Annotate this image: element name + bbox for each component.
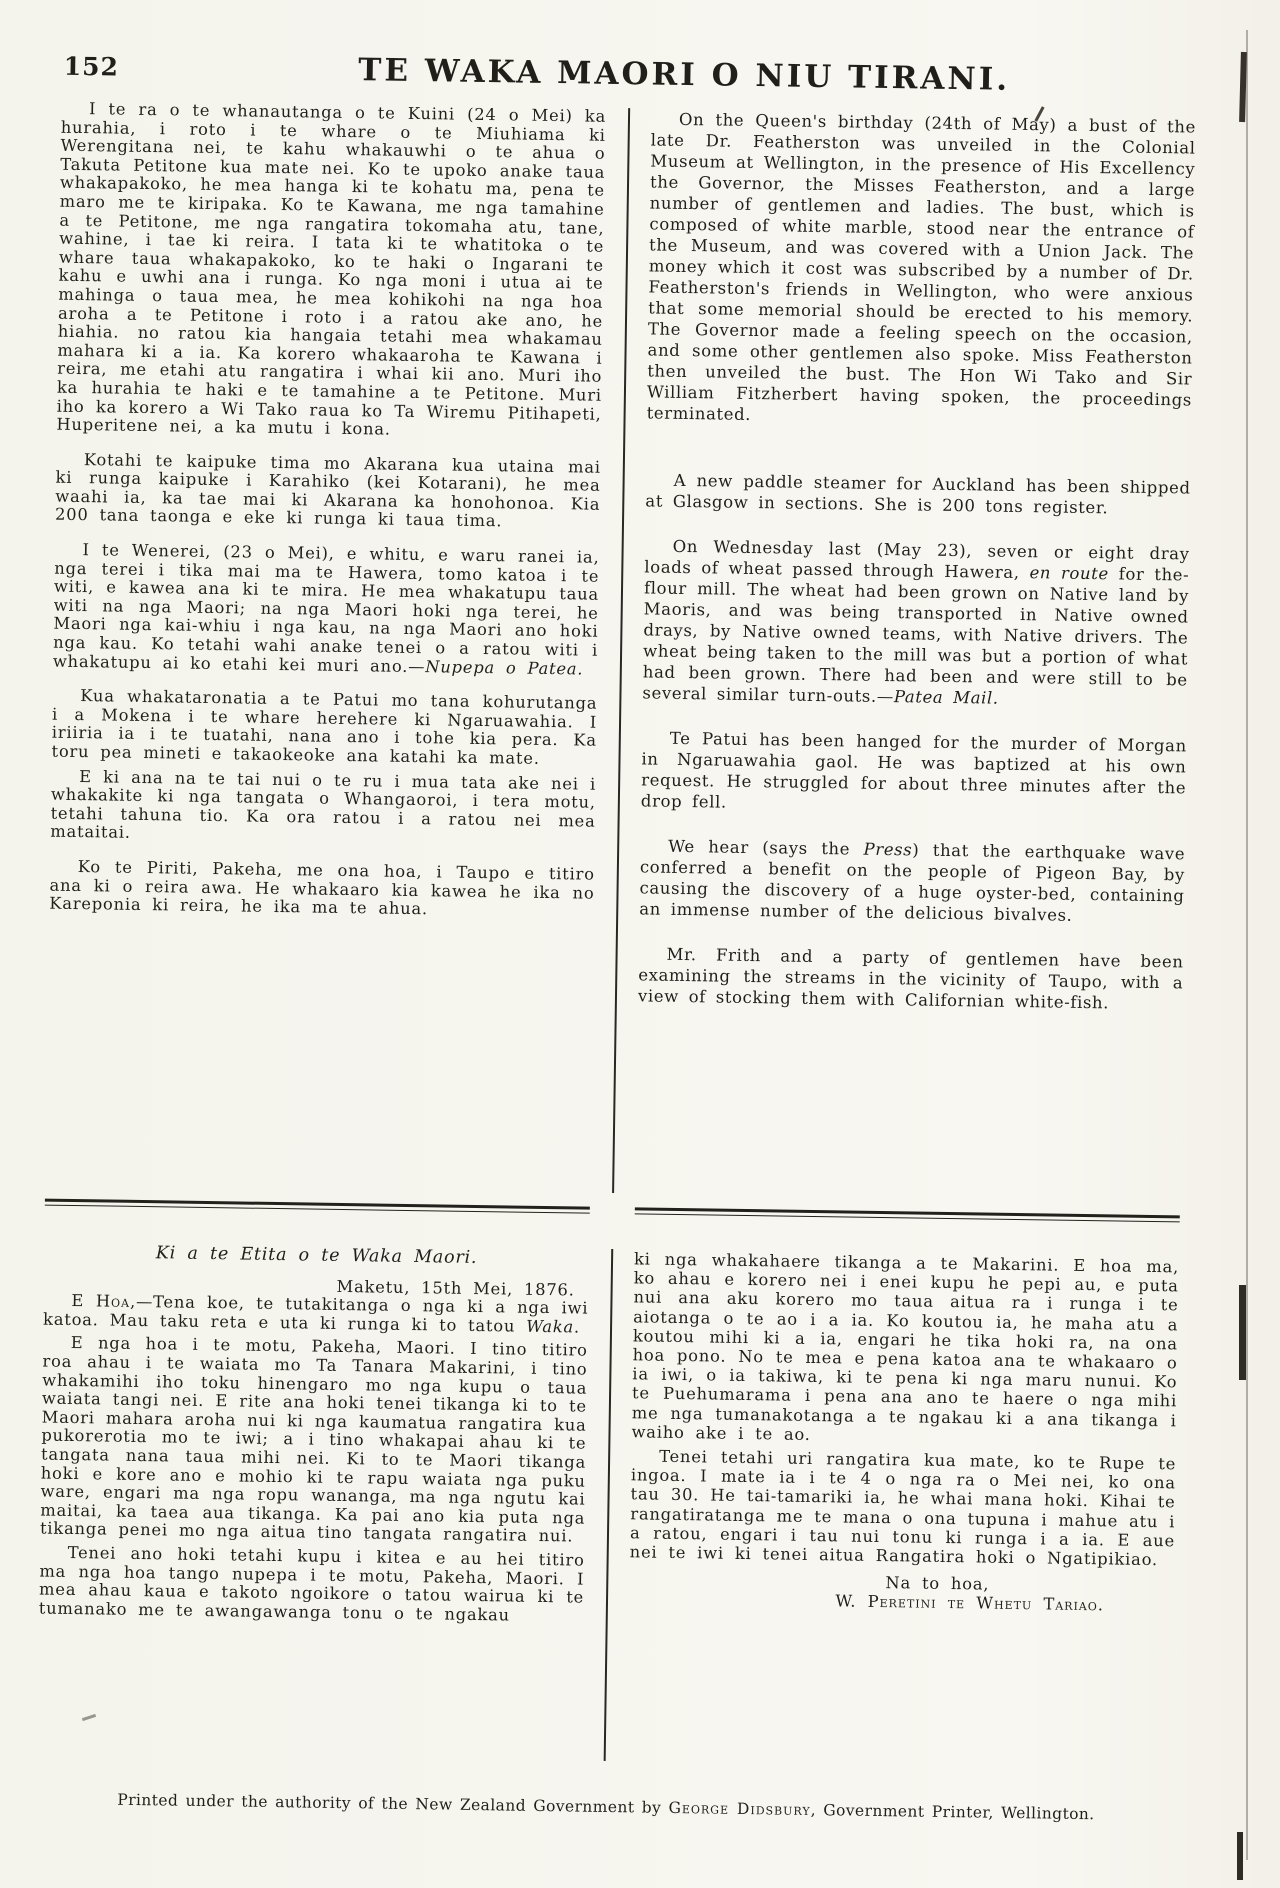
- imprint-footer: Printed under the authority of the New Z…: [66, 1790, 1146, 1841]
- paragraph: Ki a te Etita o te Waka Maori.: [44, 1243, 589, 1270]
- scan-artifact: [1239, 1285, 1246, 1380]
- paragraph: Ko te Piriti, Pakeha, me ona hoa, i Taup…: [49, 858, 595, 922]
- paragraph: Kotahi te kaipuke tima mo Akarana kua ut…: [55, 450, 601, 532]
- letter-column-left: Ki a te Etita o te Waka Maori.Maketu, 15…: [37, 1241, 590, 1761]
- scanned-sheet: 152 TE WAKA MAORI O NIU TIRANI. I te ra …: [35, 48, 1197, 1865]
- english-column-top: On the Queen's birthday (24th of May) a …: [635, 108, 1196, 1201]
- paragraph: Mr. Frith and a party of gentlemen have …: [638, 943, 1184, 1014]
- paragraph: ki nga whakahaere tikanga a te Makarini.…: [631, 1249, 1179, 1449]
- paragraph: Tenei ano hoki tetahi kupu i kitea e au …: [39, 1543, 585, 1625]
- section-divider: [45, 1199, 1180, 1228]
- letters-section: Ki a te Etita o te Waka Maori.Maketu, 15…: [37, 1241, 1179, 1770]
- column-gutter: [582, 1249, 635, 1762]
- page-number: 152: [64, 52, 120, 82]
- paragraph: I te Wenerei, (23 o Mei), e whitu, e war…: [53, 541, 600, 679]
- double-rule-left: [45, 1199, 590, 1219]
- paragraph: E ki ana na te tai nui o te ru i mua tat…: [50, 767, 596, 849]
- paragraph: A new paddle steamer for Auckland has be…: [645, 469, 1191, 519]
- paragraph: Printed under the authority of the New Z…: [66, 1790, 1146, 1825]
- double-rule-right: [635, 1207, 1180, 1227]
- letter-column-right: ki nga whakahaere tikanga a te Makarini.…: [627, 1249, 1180, 1769]
- paragraph: Te Patui has been hanged for the murder …: [641, 727, 1187, 819]
- paragraph: E Hoa,—Tena koe, te tutakitanga o nga ki…: [43, 1292, 588, 1337]
- paragraph: E nga hoa i te motu, Pakeha, Maori. I ti…: [40, 1334, 588, 1547]
- scan-artifact: [1237, 1832, 1243, 1880]
- paragraph: I te ra o te whanautanga o te Kuini (24 …: [56, 100, 606, 443]
- column-divider-rule: [603, 1249, 613, 1761]
- paragraph: Kua whakataronatia a te Patui mo tana ko…: [51, 687, 597, 769]
- newspaper-page: 152 TE WAKA MAORI O NIU TIRANI. I te ra …: [0, 0, 1280, 1888]
- maori-column-top: I te ra o te whanautanga o te Kuini (24 …: [45, 100, 606, 1193]
- paragraph: We hear (says the Press) that the earthq…: [639, 835, 1185, 927]
- paragraph: On Wednesday last (May 23), seven or eig…: [642, 535, 1189, 711]
- masthead-title: TE WAKA MAORI O NIU TIRANI.: [61, 48, 1196, 101]
- top-section: I te ra o te whanautanga o te Kuini (24 …: [45, 100, 1196, 1202]
- paragraph: Tenei tetahi uri rangatira kua mate, ko …: [630, 1446, 1177, 1569]
- paragraph: On the Queen's birthday (24th of May) a …: [646, 108, 1196, 431]
- column-divider-rule: [612, 108, 630, 1193]
- scan-edge-line: [1246, 30, 1248, 1860]
